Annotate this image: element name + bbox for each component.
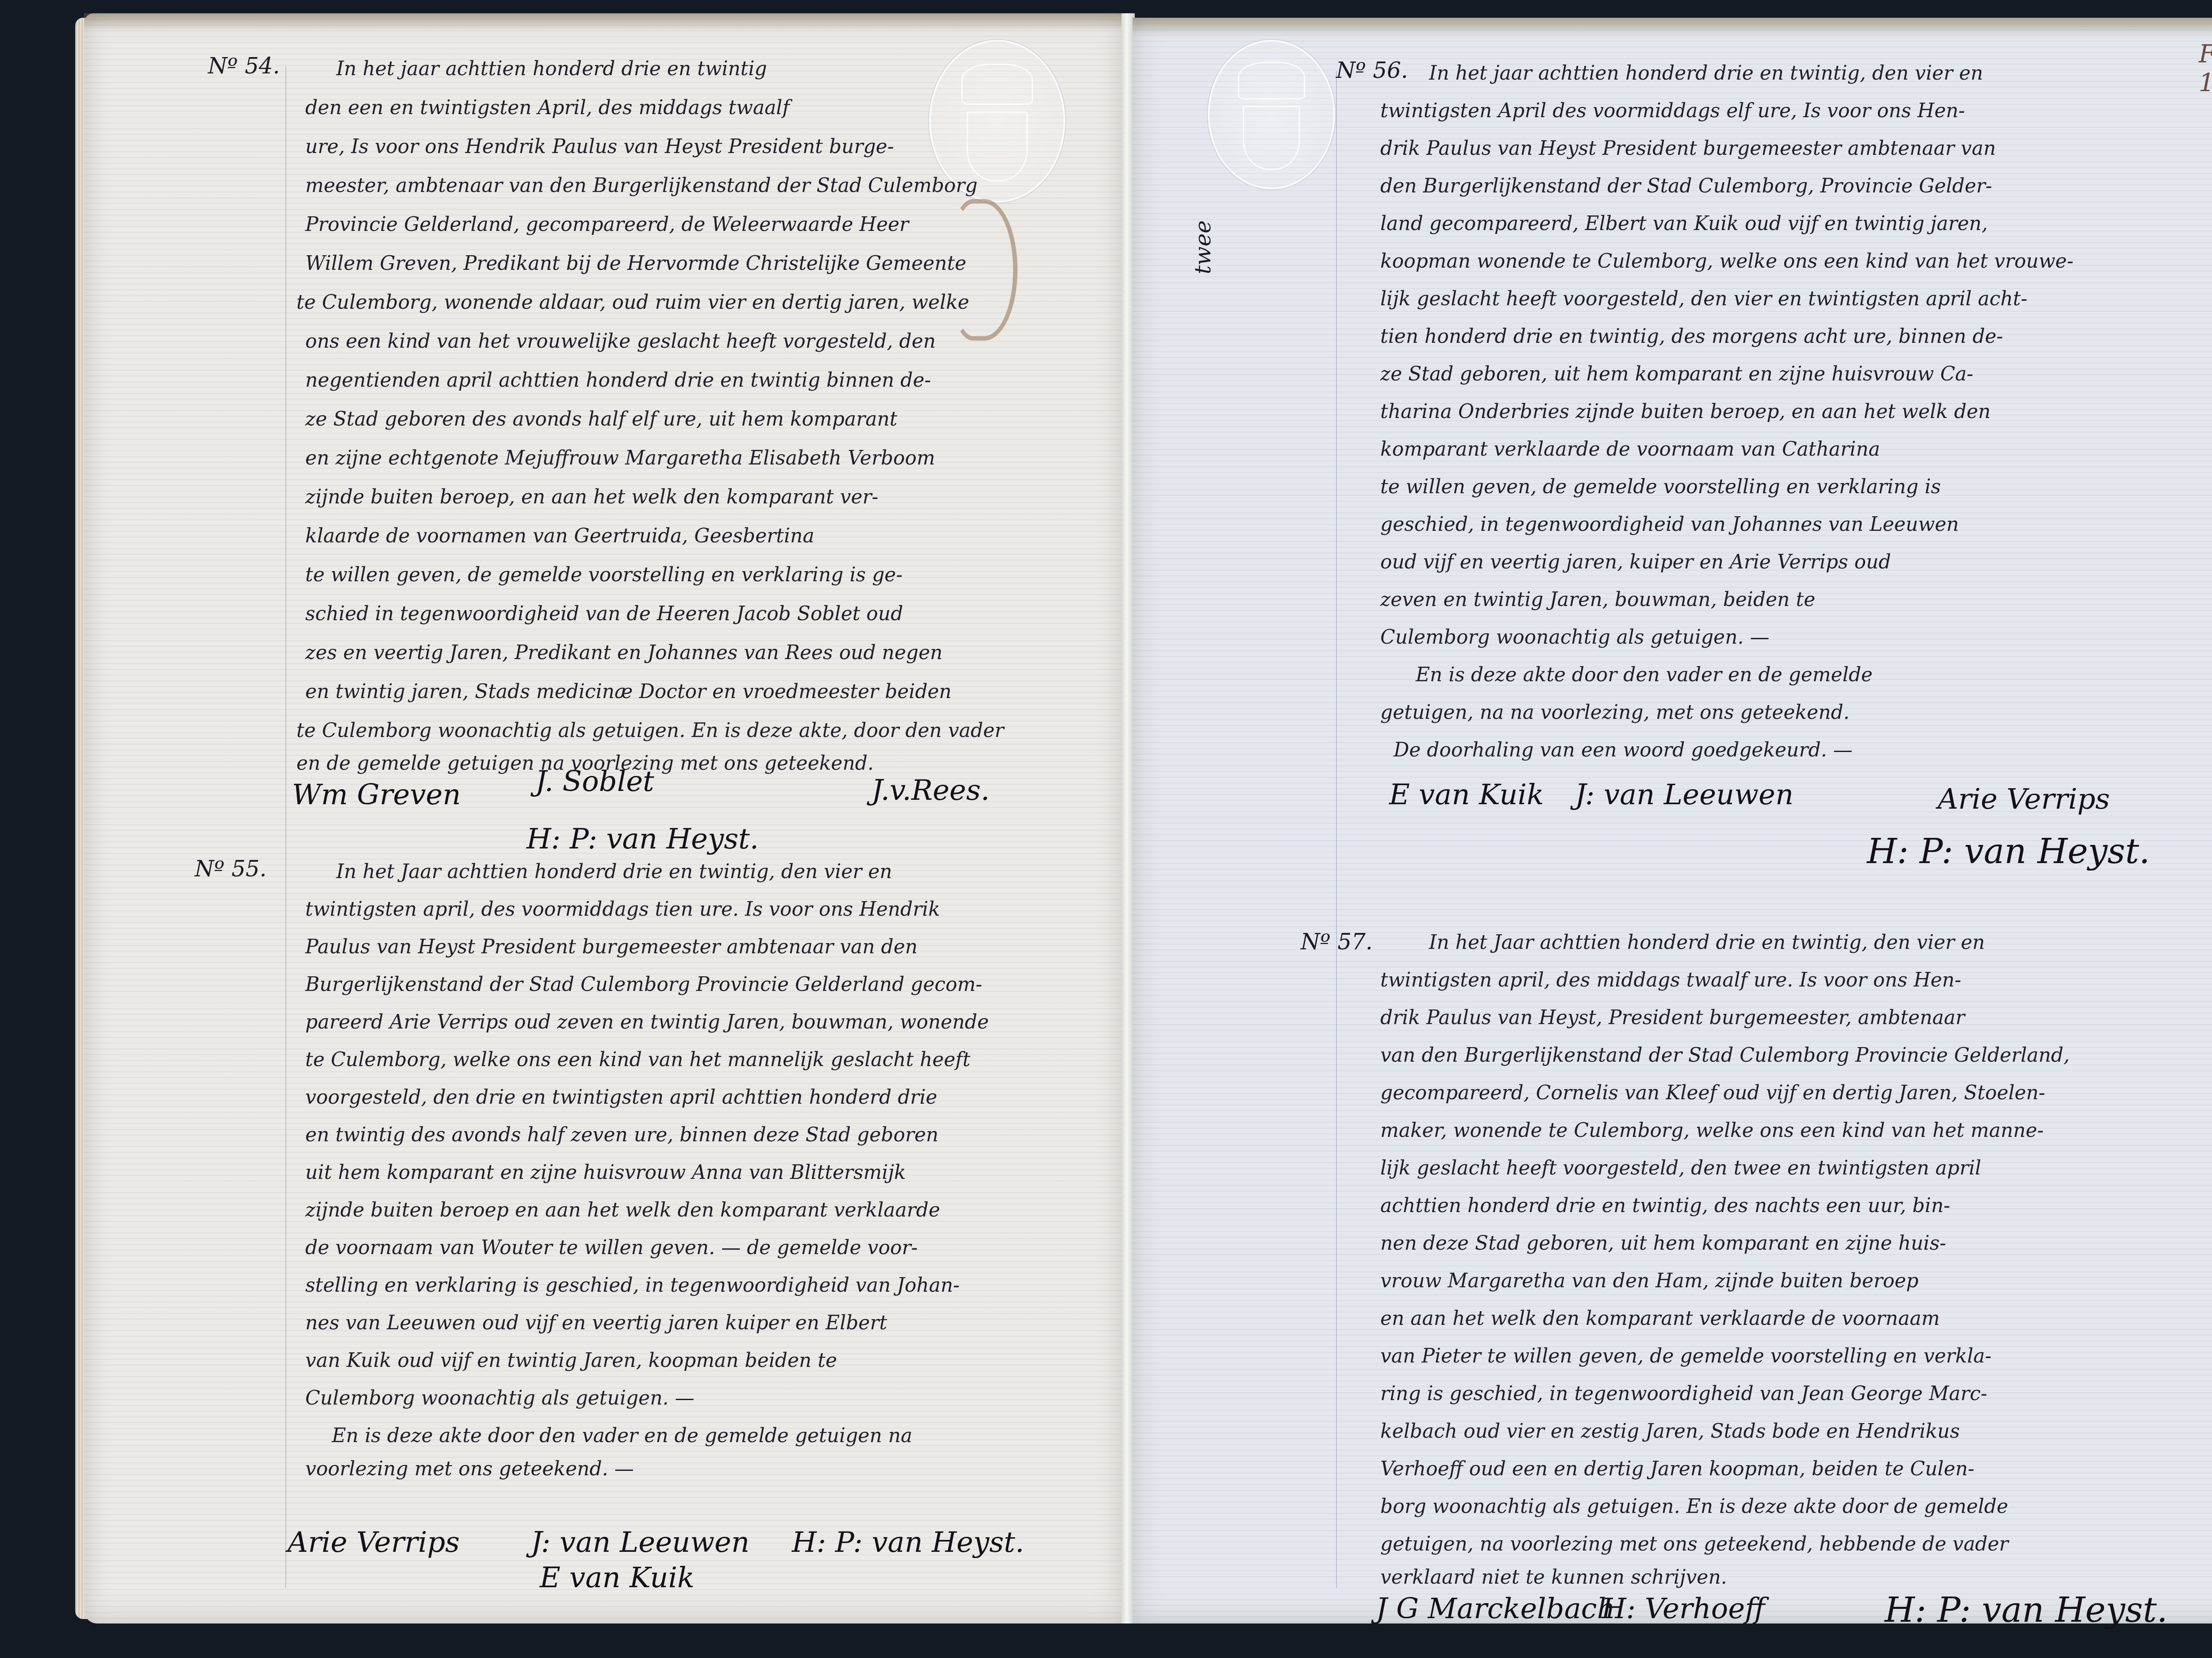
top-edge-stain (84, 13, 1124, 31)
text-line: Verhoeff oud een en dertig Jaren koopman… (1380, 1458, 1974, 1480)
text-line: ons een kind van het vrouwelijke geslach… (305, 330, 936, 353)
signature: J G Marckelbach (1376, 1593, 1615, 1625)
text-line: lijk geslacht heeft voorgesteld, den twe… (1380, 1157, 1981, 1179)
text-line: Paulus van Heyst President burgemeester … (305, 936, 918, 958)
text-line: nes van Leeuwen oud vijf en veertig jare… (305, 1312, 887, 1334)
text-line: den een en twintigsten April, des middag… (305, 96, 790, 119)
text-line: te Culemborg, welke ons een kind van het… (305, 1048, 971, 1071)
text-line: borg woonachtig als getuigen. En is deze… (1380, 1495, 2008, 1518)
signature: J.v.Rees. (872, 774, 990, 807)
signature: J: van Leeuwen (531, 1526, 749, 1559)
signature: Arie Verrips (288, 1526, 460, 1559)
text-line: De doorhaling van een woord goedgekeurd.… (1394, 739, 1853, 761)
text-line: In het Jaar achttien honderd drie en twi… (336, 860, 892, 883)
text-line: land gecompareerd, Elbert van Kuik oud v… (1380, 212, 1988, 235)
text-line: oud vijf en veertig jaren, kuiper en Ari… (1380, 551, 1891, 573)
crown-icon (961, 64, 1033, 104)
text-line: nen deze Stad geboren, uit hem komparant… (1380, 1232, 1946, 1255)
margin-note: twee (1190, 220, 1216, 274)
text-line: te willen geven, de gemelde voorstelling… (305, 564, 902, 586)
text-line: Culemborg woonachtig als getuigen. — (1380, 626, 1769, 649)
signature: E van Kuik (540, 1562, 695, 1594)
entry-number: Nº 54. (208, 53, 280, 79)
entry-number: Nº 57. (1301, 929, 1373, 955)
text-line: en aan het welk den komparant verklaarde… (1380, 1307, 1940, 1330)
text-line: Burgerlijkenstand der Stad Culemborg Pro… (305, 973, 982, 996)
signature: Arie Verrips (1938, 783, 2110, 816)
text-line: ze Stad geboren, uit hem komparant en zi… (1380, 363, 1973, 385)
text-line: koopman wonende te Culemborg, welke ons … (1380, 250, 2074, 272)
text-line: tharina Onderbries zijnde buiten beroep,… (1380, 400, 1991, 423)
text-line: geschied, in tegenwoordigheid van Johann… (1380, 513, 1959, 536)
text-line: drik Paulus van Heyst President burgemee… (1380, 137, 1996, 160)
signature: H: P: van Heyst. (792, 1526, 1024, 1559)
text-line: schied in tegenwoordigheid van de Heeren… (305, 603, 903, 625)
text-line: te willen geven, de gemelde voorstelling… (1380, 476, 1941, 498)
crown-icon (1238, 62, 1305, 100)
folio-number: Fº 15. (2199, 40, 2212, 97)
text-line: uit hem komparant en zijne huisvrouw Ann… (305, 1161, 906, 1184)
shield-icon (1243, 106, 1300, 170)
shield-icon (967, 111, 1028, 181)
text-line: twintigsten April des voormiddags elf ur… (1380, 100, 1965, 122)
text-line: twintigsten april, des voormiddags tien … (305, 898, 940, 921)
text-line: ze Stad geboren des avonds half elf ure,… (305, 408, 898, 430)
top-edge-stain (1133, 18, 2212, 35)
signature: E van Kuik (1389, 779, 1544, 811)
text-line: verklaard niet te kunnen schrijven. (1380, 1566, 1727, 1589)
margin-rule (285, 66, 286, 1588)
text-line: voorlezing met ons geteekend. — (305, 1458, 634, 1480)
text-line: drik Paulus van Heyst, President burgeme… (1380, 1006, 1965, 1029)
margin-rule (1336, 71, 1337, 1588)
text-line: In het Jaar achttien honderd drie en twi… (1429, 931, 1985, 954)
entry-number: Nº 56. (1336, 58, 1408, 83)
text-line: komparant verklaarde de voornaam van Cat… (1380, 438, 1880, 461)
entry-number: Nº 55. (195, 856, 267, 882)
text-line: en twintig des avonds half zeven ure, bi… (305, 1124, 938, 1146)
text-line: getuigen, na voorlezing met ons geteeken… (1380, 1533, 2008, 1555)
text-line: van Pieter te willen geven, de gemelde v… (1380, 1345, 1992, 1367)
text-line: Willem Greven, Predikant bij de Hervormd… (305, 252, 966, 275)
signature: H: P: van Heyst. (1885, 1590, 2168, 1630)
text-line: klaarde de voornamen van Geertruida, Gee… (305, 525, 814, 547)
text-line: Culemborg woonachtig als getuigen. — (305, 1387, 694, 1409)
text-line: zeven en twintig Jaren, bouwman, beiden … (1380, 588, 1815, 611)
signature: J. Soblet (535, 765, 654, 798)
text-line: En is deze akte door den vader en de gem… (1416, 664, 1873, 686)
text-line: den Burgerlijkenstand der Stad Culemborg… (1380, 175, 1992, 197)
text-line: maker, wonende te Culemborg, welke ons e… (1380, 1119, 2044, 1142)
text-line: de voornaam van Wouter te willen geven. … (305, 1236, 918, 1259)
text-line: Provincie Gelderland, gecompareerd, de W… (305, 213, 909, 236)
text-line: kelbach oud vier en zestig Jaren, Stads … (1380, 1420, 1960, 1443)
text-line: meester, ambtenaar van den Burgerlijkens… (305, 174, 978, 197)
text-line: ring is geschied, in tegenwoordigheid va… (1380, 1382, 1987, 1405)
signature: H: P: van Heyst. (526, 823, 759, 856)
text-line: te Culemborg, wonende aldaar, oud ruim v… (296, 291, 969, 314)
signature: J: van Leeuwen (1575, 779, 1793, 811)
text-line: stelling en verklaring is geschied, in t… (305, 1274, 960, 1297)
left-page: Nº 54. In het jaar achttien honderd drie… (84, 13, 1124, 1623)
text-line: gecompareerd, Cornelis van Kleef oud vij… (1380, 1082, 2045, 1104)
text-line: van den Burgerlijkenstand der Stad Culem… (1380, 1044, 2070, 1067)
text-line: negentienden april achttien honderd drie… (305, 369, 931, 391)
text-line: zijnde buiten beroep en aan het welk den… (305, 1199, 940, 1221)
text-line: zes en veertig Jaren, Predikant en Johan… (305, 641, 943, 664)
text-line: van Kuik oud vijf en twintig Jaren, koop… (305, 1349, 837, 1372)
text-line: En is deze akte door den vader en de gem… (332, 1424, 912, 1447)
text-line: vrouw Margaretha van den Ham, zijnde bui… (1380, 1270, 1919, 1292)
text-line: In het jaar achttien honderd drie en twi… (336, 58, 767, 80)
text-line: achttien honderd drie en twintig, des na… (1380, 1194, 1950, 1217)
text-line: voorgesteld, den drie en twintigsten apr… (305, 1086, 937, 1109)
text-line: zijnde buiten beroep, en aan het welk de… (305, 486, 878, 508)
text-line: getuigen, na na voorlezing, met ons gete… (1380, 701, 1850, 724)
text-line: en zijne echtgenote Mejuffrouw Margareth… (305, 447, 935, 469)
text-line: In het jaar achttien honderd drie en twi… (1429, 62, 1983, 84)
signature: H: Verhoeff (1601, 1593, 1765, 1625)
signature: Wm Greven (292, 779, 461, 811)
text-line: lijk geslacht heeft voorgesteld, den vie… (1380, 288, 2028, 310)
text-line: ure, Is voor ons Hendrik Paulus van Heys… (305, 135, 894, 158)
text-line: tien honderd drie en twintig, des morgen… (1380, 325, 2003, 348)
text-line: en twintig jaren, Stads medicinæ Doctor … (305, 680, 952, 703)
text-line: pareerd Arie Verrips oud zeven en twinti… (305, 1011, 989, 1033)
embossed-seal-icon (1208, 40, 1335, 189)
text-line: twintigsten april, des middags twaalf ur… (1380, 969, 1961, 991)
signature: H: P: van Heyst. (1867, 832, 2150, 871)
text-line: te Culemborg woonachtig als getuigen. En… (296, 719, 1004, 742)
